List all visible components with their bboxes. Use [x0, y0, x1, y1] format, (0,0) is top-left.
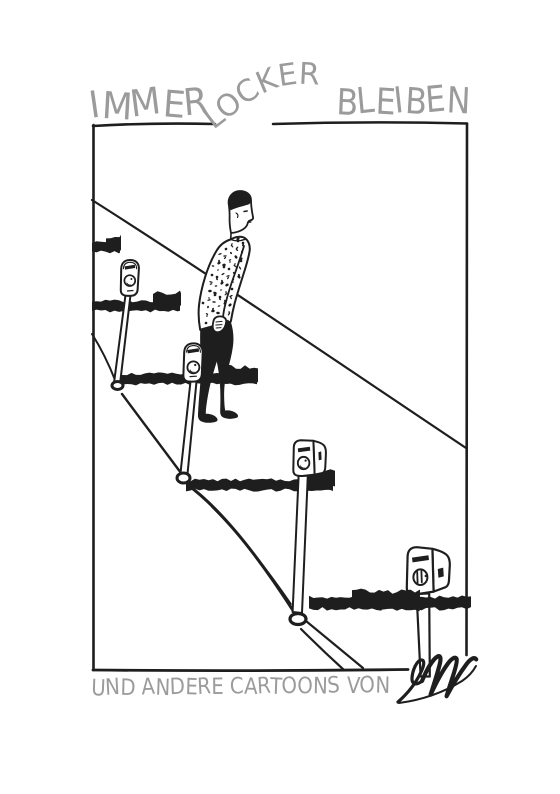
meter-base	[112, 382, 123, 390]
title-word-immer: IMMER	[86, 78, 210, 130]
meter-base	[290, 614, 306, 625]
caption-text: UND ANDERE CARTOONS VON	[91, 672, 391, 702]
man-eye	[244, 211, 247, 212]
curb-line-segment-1	[92, 334, 117, 385]
man-neck	[231, 233, 232, 240]
meter-side-slot	[438, 568, 444, 578]
frame-bottom-border	[93, 670, 408, 671]
parking-meter-1	[112, 260, 139, 390]
meter-pole	[181, 382, 197, 475]
cartoon-cover-illustration: IMMER LOCKER BLEIBEN UND ANDERE CARTOONS…	[0, 0, 560, 794]
parking-meter-3	[290, 440, 326, 624]
artist-signature	[398, 656, 476, 703]
man-head	[229, 191, 254, 240]
title-word-bleiben: BLEIBEN	[335, 78, 473, 125]
meter-head	[293, 440, 314, 476]
meter-base	[177, 473, 190, 483]
book-cover-page: IMMER LOCKER BLEIBEN UND ANDERE CARTOONS…	[0, 0, 560, 794]
meter-head	[407, 547, 434, 594]
curb-line-segment-3	[188, 485, 294, 612]
parking-meter-4	[407, 547, 450, 676]
road-edge-line	[92, 200, 466, 448]
meter-side-slot	[318, 451, 321, 460]
curb-line-segment-2	[122, 394, 181, 473]
frame-left-border	[92, 125, 93, 670]
meter-pole	[293, 476, 308, 613]
man-figure	[198, 191, 253, 423]
frame-right-border	[466, 124, 467, 656]
shadow-band	[227, 365, 258, 383]
shadow-band-long	[309, 589, 471, 612]
frame-top-border-right	[273, 122, 467, 124]
